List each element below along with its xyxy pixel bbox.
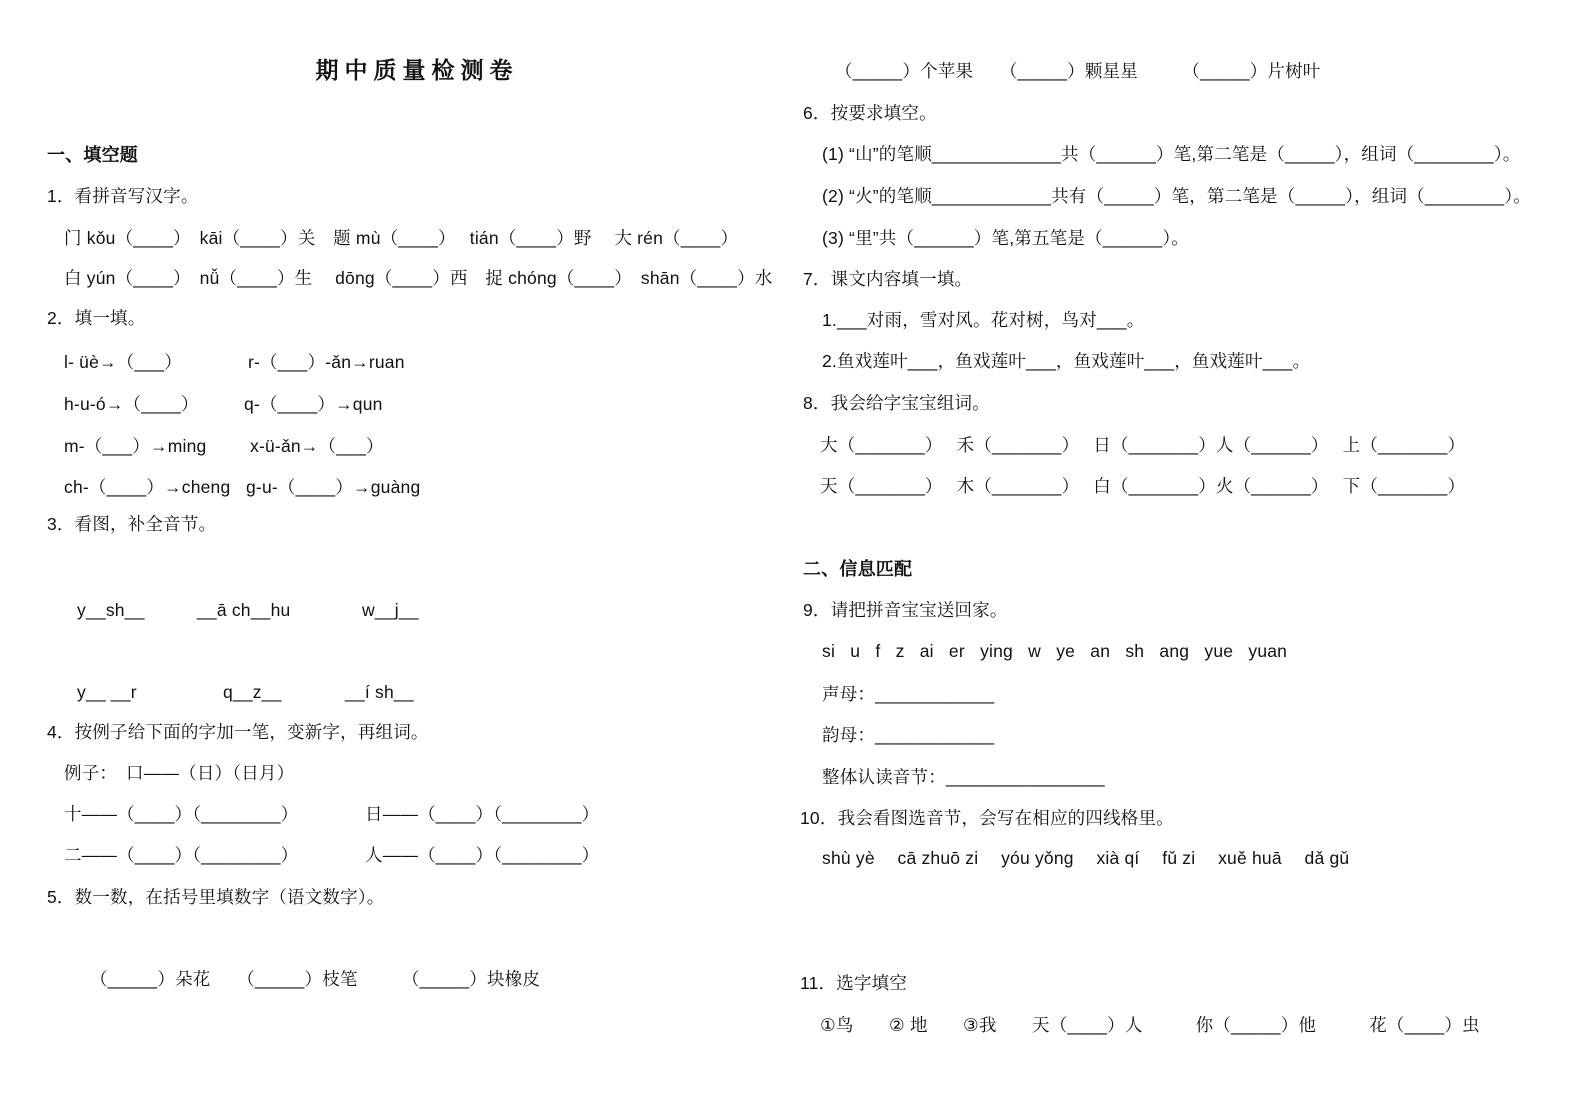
q3-syllable-1c: w__j__	[362, 597, 419, 623]
q3-syllable-2c: __í sh__	[345, 679, 414, 705]
q6-item-3: (3) “里”共（______）笔,第五笔是（______）。	[822, 225, 1189, 251]
q2-item-1a: l- üè→（___）	[64, 349, 182, 375]
q1-pinyin-line-1: 门 kǒu（____） kāi（____）关 题 mù（____） tián（_…	[64, 225, 738, 251]
q6-item-2: (2) “火”的笔顺____________共有（_____）笔，第二笔是（__…	[822, 183, 1531, 209]
q2-item-1b: r-（___）-ǎn→ruan	[248, 349, 405, 375]
q2-item-2a: h-u-ó→（____）	[64, 391, 199, 417]
q10-label: 10．我会看图选音节，会写在相应的四线格里。	[800, 805, 1174, 831]
q11-choice-row: ①鸟 ② 地 ③我 天（____）人 你（_____）他 花（____）虫	[820, 1012, 1480, 1038]
q4-item-1b: 日——（____）（________）	[365, 801, 599, 827]
q2-item-3b: x-ü-ǎn→（___）	[250, 433, 384, 459]
q4-item-2b: 人——（____）（________）	[365, 842, 599, 868]
q8-label: 8．我会给字宝宝组词。	[803, 390, 990, 416]
q7-item-2: 2.鱼戏莲叶___，鱼戏莲叶___，鱼戏莲叶___，鱼戏莲叶___。	[822, 348, 1310, 374]
q3-syllable-1b: __ā ch__hu	[197, 597, 290, 623]
q2-item-4a: ch-（____）→cheng	[64, 474, 230, 500]
q3-syllable-2a: y__ __r	[77, 679, 137, 705]
q2-item-3a: m-（___）→ming	[64, 433, 206, 459]
q7-item-1: 1.___对雨，雪对风。花对树，鸟对___。	[822, 307, 1144, 333]
q1-pinyin-line-2: 白 yún（____） nǚ（____）生 dōng（____）西 捉 chón…	[64, 265, 772, 291]
q8-word-row-1: 大（_______） 禾（_______） 日（_______）人（______…	[820, 432, 1465, 458]
q2-item-2b: q-（____）→qun	[244, 391, 383, 417]
q6-item-1: (1) “山”的笔顺_____________共（______）笔,第二笔是（_…	[822, 141, 1521, 167]
q9-shengmu-blank: 声母：____________	[822, 681, 994, 707]
q5-count-row-2: （_____）个苹果 （_____）颗星星 （_____）片树叶	[835, 58, 1321, 84]
q3-syllable-2b: q__z__	[223, 679, 282, 705]
q7-label: 7．课文内容填一填。	[803, 266, 972, 292]
q4-item-2a: 二——（____）（________）	[64, 842, 298, 868]
q10-pinyin-row: shù yè cā zhuō zi yóu yǒng xià qí fǔ zi …	[822, 845, 1349, 871]
exam-title: 期中质量检测卷	[47, 52, 787, 85]
q2-item-4b: g-u-（____）→guàng	[246, 474, 420, 500]
q2-label: 2．填一填。	[47, 305, 145, 331]
q3-syllable-1a: y__sh__	[77, 597, 145, 623]
q9-zhengti-blank: 整体认读音节：________________	[822, 764, 1105, 790]
q3-label: 3．看图，补全音节。	[47, 511, 216, 537]
q5-count-row-1: （_____）朵花 （_____）枝笔 （_____）块橡皮	[90, 966, 540, 992]
q5-label: 5．数一数，在括号里填数字（语文数字）。	[47, 884, 384, 910]
q1-label: 1．看拼音写汉字。	[47, 183, 199, 209]
q4-item-1a: 十——（____）（________）	[64, 801, 298, 827]
section-2-heading: 二、信息匹配	[803, 556, 912, 582]
q9-label: 9．请把拼音宝宝送回家。	[803, 597, 1008, 623]
exam-paper: 期中质量检测卷 一、填空题 1．看拼音写汉字。 门 kǒu（____） kāi（…	[0, 0, 1583, 1118]
q4-example: 例子： 口——（日）（日月）	[64, 760, 294, 786]
q4-label: 4．按例子给下面的字加一笔，变新字，再组词。	[47, 719, 429, 745]
q6-label: 6．按要求填空。	[803, 100, 937, 126]
q8-word-row-2: 天（_______） 木（_______） 白（_______）火（______…	[820, 473, 1465, 499]
q11-label: 11．选字填空	[800, 970, 907, 996]
section-1-heading: 一、填空题	[47, 142, 138, 168]
q9-pinyin-row: si u f z ai er ying w ye an sh ang yue y…	[822, 638, 1287, 664]
q9-yunmu-blank: 韵母：____________	[822, 722, 994, 748]
